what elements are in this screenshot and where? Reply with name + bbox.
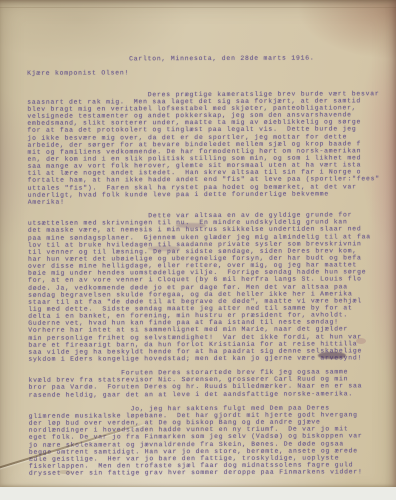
dateline: Carlton, Minnesota, den 28de marts 1916.	[27, 54, 387, 63]
salutation: Kjære komponist Olsen!	[27, 68, 387, 77]
paper-stain-speck	[356, 338, 366, 344]
letter-scan: Carlton, Minnesota, den 28de marts 1916.…	[0, 0, 396, 500]
ink-smudge	[148, 246, 180, 251]
letter-paragraphs: Deres prægtige kameratslige brev burde v…	[27, 90, 389, 477]
ink-overstrike-blot	[318, 352, 346, 359]
paper-crease-top	[0, 7, 396, 8]
letter-body: Carlton, Minnesota, den 28de marts 1916.…	[27, 54, 389, 477]
paper-stain-speck	[58, 470, 72, 474]
ink-smudge	[176, 223, 206, 228]
scan-bottom-edge	[0, 487, 396, 500]
